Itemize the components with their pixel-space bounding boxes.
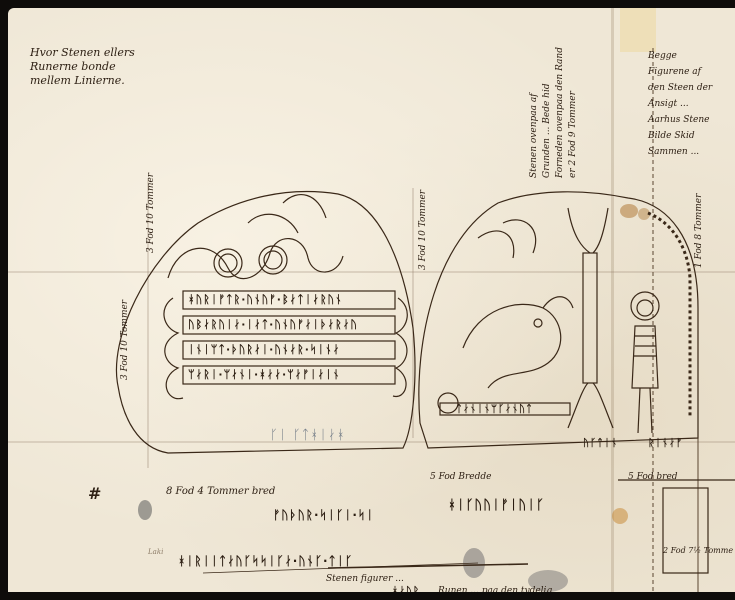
hash-mark: # bbox=[88, 484, 101, 503]
rune-band-1: ᚼᚢᚱᛁᚠᛏᚱ·ᚢᚾᚢᚠ·ᛒᛅᛏᛁᛅᚱᚢᚾ bbox=[188, 293, 343, 306]
right-height-label: 1 Fod 8 Tommer bbox=[694, 194, 704, 268]
note-line: Ansigt ... bbox=[648, 96, 712, 112]
vertical-middle-note: Stenen ovenpaa af Grunden ... Bede hid F… bbox=[528, 47, 580, 178]
note-line: den Steen der bbox=[648, 80, 712, 96]
note-line: Forneden ovenpaa den Rand bbox=[554, 47, 567, 178]
width-label-right: 5 Fod bred bbox=[628, 472, 678, 482]
top-left-note: Hvor Stenen ellers Runerne bonde mellem … bbox=[30, 46, 135, 88]
left-height-label: 3 Fod 10 Tommer bbox=[120, 300, 130, 380]
note-line: mellem Linierne. bbox=[30, 74, 135, 88]
small-label: Laki bbox=[148, 548, 163, 556]
note-line: Runerne bonde bbox=[30, 60, 135, 74]
note-line: Bilde Skid bbox=[648, 128, 712, 144]
right-margin-note: Begge Figurene af den Steen der Ansigt .… bbox=[648, 48, 712, 160]
width-label-left: 8 Fod 4 Tommer bred bbox=[166, 486, 275, 497]
note-line: Grunden ... Bede hid bbox=[541, 47, 554, 178]
manuscript-page: Hvor Stenen ellers Runerne bonde mellem … bbox=[8, 8, 735, 592]
bottom-rune-word: ᚼᛅᚢᚱ bbox=[392, 586, 420, 592]
note-line: Stenen ovenpaa af bbox=[528, 47, 541, 178]
rune-band-4: ᛘᛅᚱᛁ·ᛘᛅᚾᛁ·ᚼᛅᛅ·ᛘᛅᚠᛁᛅᛁᚾ bbox=[188, 368, 340, 381]
pencil-runes: ᚴᛁ ᚴᛏᚼᛁᛅᚼ bbox=[270, 428, 346, 443]
box-measure-label: 2 Fod 7½ Tomme bbox=[663, 546, 733, 555]
width-label-mid: 5 Fod Bredde bbox=[430, 472, 491, 482]
note-line: Sammen ... bbox=[648, 144, 712, 160]
note-line: Aarhus Stene bbox=[648, 112, 712, 128]
note-line: Begge bbox=[648, 48, 712, 64]
right-stone-runes-3: ᚱᛁᚾᛅᚠ bbox=[648, 438, 683, 449]
right-stone-runes: ᛏᛅᚾᛁᚾᛘᚴᛅᚾᚢᛏ bbox=[456, 404, 533, 415]
bottom-note-1: Stenen figurer ... bbox=[326, 574, 404, 584]
rune-band-3: ᛁᚾᛁᛘᛏ·ᚦᚢᚱᛅᛁ·ᚢᚾᛅᚱ·ᛋᛁᚾᛅ bbox=[188, 343, 340, 356]
note-line: Hvor Stenen ellers bbox=[30, 46, 135, 60]
middle-height-label: 3 Fod 10 Tommer bbox=[418, 190, 428, 270]
transcribed-runes-1: ᚠᚢᚦᚢᚱ·ᛋᛁᚴᛁ·ᛋᛁ bbox=[273, 508, 374, 522]
transcribed-runes-2: ᚼᛁᚱᛁᛁᛏᛅᚢᚴᛋᛋᛁᚴᛅ·ᚢᚾᚴ·ᛏᛁᚴ bbox=[178, 554, 353, 568]
note-line: Figurene af bbox=[648, 64, 712, 80]
bottom-note-2: Runen ... paa den tydelig bbox=[438, 586, 552, 592]
right-base-runes: ᚼᛁᚴᚢᚢᛁᚠᛁᚢᛁᚴ bbox=[448, 498, 545, 513]
left-stone-side-label: 3 Fod 10 Tommer bbox=[146, 173, 156, 253]
right-stone-runes-2: ᚢᚴᛏᛁᚾ bbox=[583, 438, 618, 449]
rune-band-2: ᚢᛒᛅᚱᚢᛁᛅ·ᛁᛅᛏ·ᚢᚾᚢᚠᛅᛁᚦᛅᚱᛅᚢ bbox=[188, 318, 358, 331]
note-line: er 2 Fod 9 Tommer bbox=[567, 47, 580, 178]
stone-drawing bbox=[8, 8, 735, 592]
